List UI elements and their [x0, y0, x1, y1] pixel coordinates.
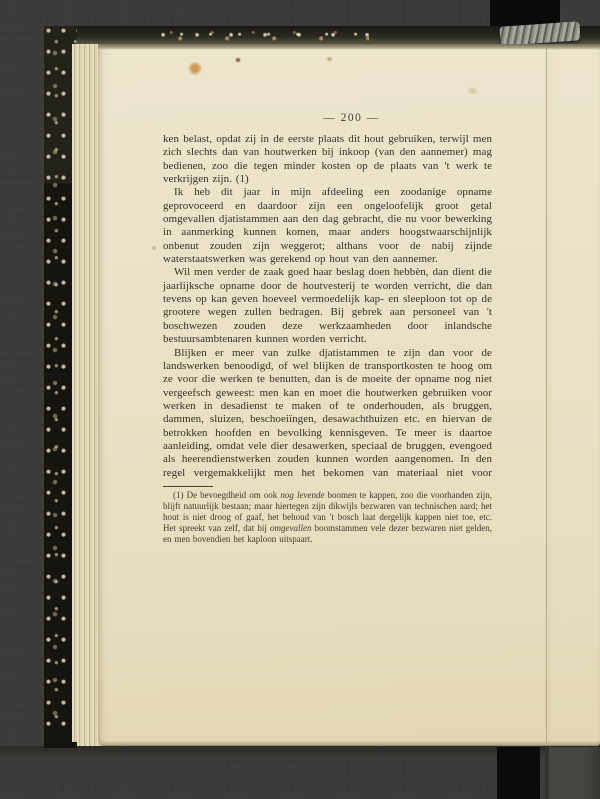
- foxing-spot: [152, 246, 156, 250]
- page-top-edge: [98, 44, 600, 50]
- footnote-rule: [163, 486, 213, 487]
- foxing-spot: [188, 62, 202, 75]
- footnote: (1) De bevoegdheid om ook nog levende bo…: [163, 490, 492, 545]
- foxing-spot: [327, 57, 332, 61]
- cover-bottom-left-edge: [44, 742, 77, 748]
- paragraph: Wil men verder de zaak goed haar beslag …: [163, 266, 492, 346]
- foxing-spot: [468, 88, 477, 94]
- paragraph: Ik heb dit jaar in mijn afdeeling een zo…: [163, 186, 492, 266]
- paragraph: Blijken er meer van zulke djatistammen t…: [163, 347, 492, 480]
- book-scan: — 200 — ken belast, opdat zij in de eers…: [0, 0, 600, 799]
- paragraph: ken belast, opdat zij in de eerste plaat…: [163, 133, 492, 186]
- page-number: — 200 —: [187, 112, 516, 124]
- gutter-fold-line: [546, 48, 547, 744]
- foxing-spot: [236, 58, 240, 62]
- cover-bottom-right-edge: [545, 747, 600, 799]
- footnote-segment: nog levende: [280, 490, 324, 500]
- body-text: ken belast, opdat zij in de eerste plaat…: [163, 133, 492, 480]
- binding-gap-bottom: [497, 747, 540, 799]
- footnote-segment: omgevallen: [270, 523, 311, 533]
- page-content: — 200 — ken belast, opdat zij in de eers…: [163, 112, 492, 545]
- marble-flecks: [159, 30, 369, 42]
- footnote-segment: (1) De bevoegdheid om ook: [173, 490, 280, 500]
